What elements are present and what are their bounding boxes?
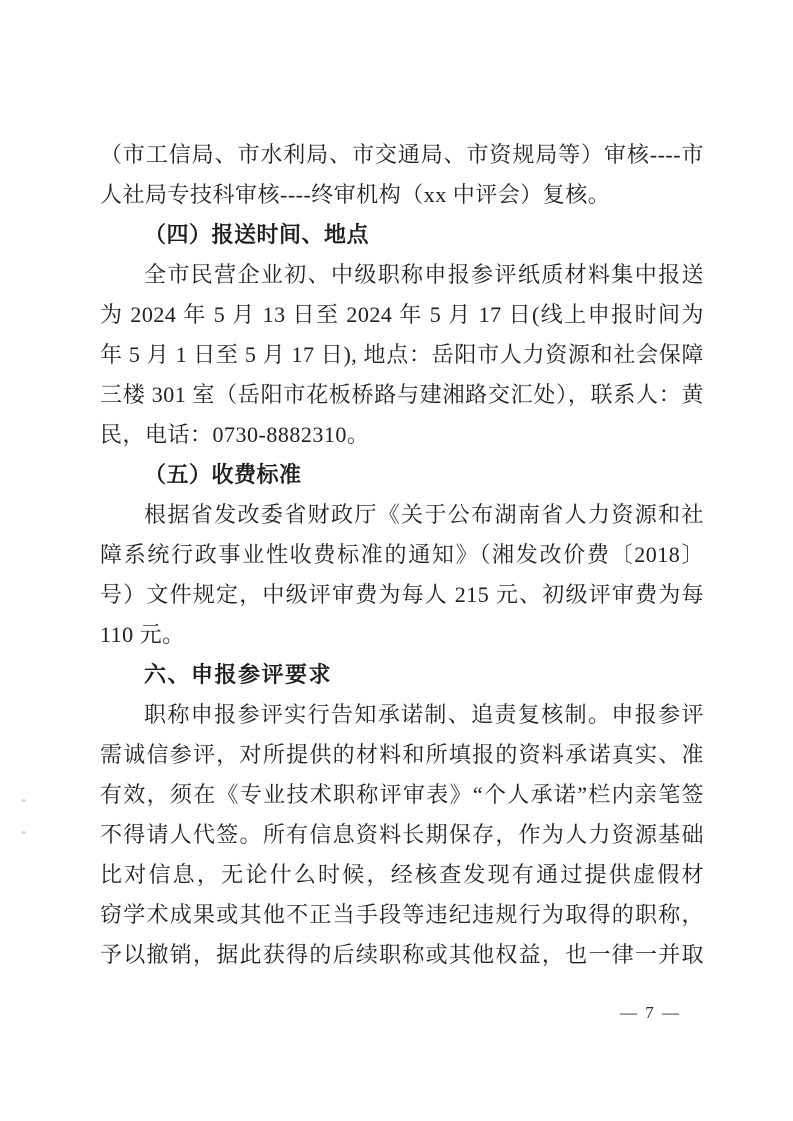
text-line: 号）文件规定，中级评审费为每人 215 元、初级评审费为每人 [100,575,704,615]
scan-speck [21,799,26,802]
text-line: 根据省发改委省财政厅《关于公布湖南省人力资源和社会保 [100,495,704,535]
text-line: 110 元。 [100,615,704,655]
page-number: — 7 — [620,1002,681,1024]
section-heading: 六、申报参评要求 [100,655,704,695]
text-line: 全市民营企业初、中级职称申报参评纸质材料集中报送时间 [100,255,704,295]
text-line: 职称申报参评实行告知承诺制、追责复核制。申报参评人员 [100,695,704,735]
text-line: 三楼 301 室（岳阳市花板桥路与建湘路交汇处），联系人：黄卫 [100,375,704,415]
text-line: 比对信息，无论什么时候，经核查发现有通过提供虚假材料、剽 [100,855,704,895]
text-line: 障系统行政事业性收费标准的通知》（湘发改价费〔2018〕224 [100,535,704,575]
text-line: 予以撤销，据此获得的后续职称或其他权益，也一律一并取消。 [100,935,704,975]
text-line: 为 2024 年 5 月 13 日至 2024 年 5 月 17 日(线上申报时… [100,295,704,335]
document-page: （市工信局、市水利局、市交通局、市资规局等）审核----市 人社局专技科审核--… [0,0,793,1121]
text-line: 民，电话：0730-8882310。 [100,415,704,455]
text-line: 窃学术成果或其他不正当手段等违纪违规行为取得的职称，一律 [100,895,704,935]
text-line: 需诚信参评，对所提供的材料和所填报的资料承诺真实、准确、 [100,735,704,775]
text-line: 有效，须在《专业技术职称评审表》“个人承诺”栏内亲笔签名， [100,775,704,815]
text-line: 不得请人代签。所有信息资料长期保存，作为人力资源基础数据 [100,815,704,855]
text-line: 年 5 月 1 日至 5 月 17 日), 地点：岳阳市人力资源和社会保障局 [100,335,704,375]
section-heading: （四）报送时间、地点 [100,215,704,255]
text-line: （市工信局、市水利局、市交通局、市资规局等）审核----市 [100,135,704,175]
scan-speck [21,831,26,834]
text-line: 人社局专技科审核----终审机构（xx 中评会）复核。 [100,175,704,215]
section-heading: （五）收费标准 [100,455,704,495]
document-body: （市工信局、市水利局、市交通局、市资规局等）审核----市 人社局专技科审核--… [100,135,704,975]
